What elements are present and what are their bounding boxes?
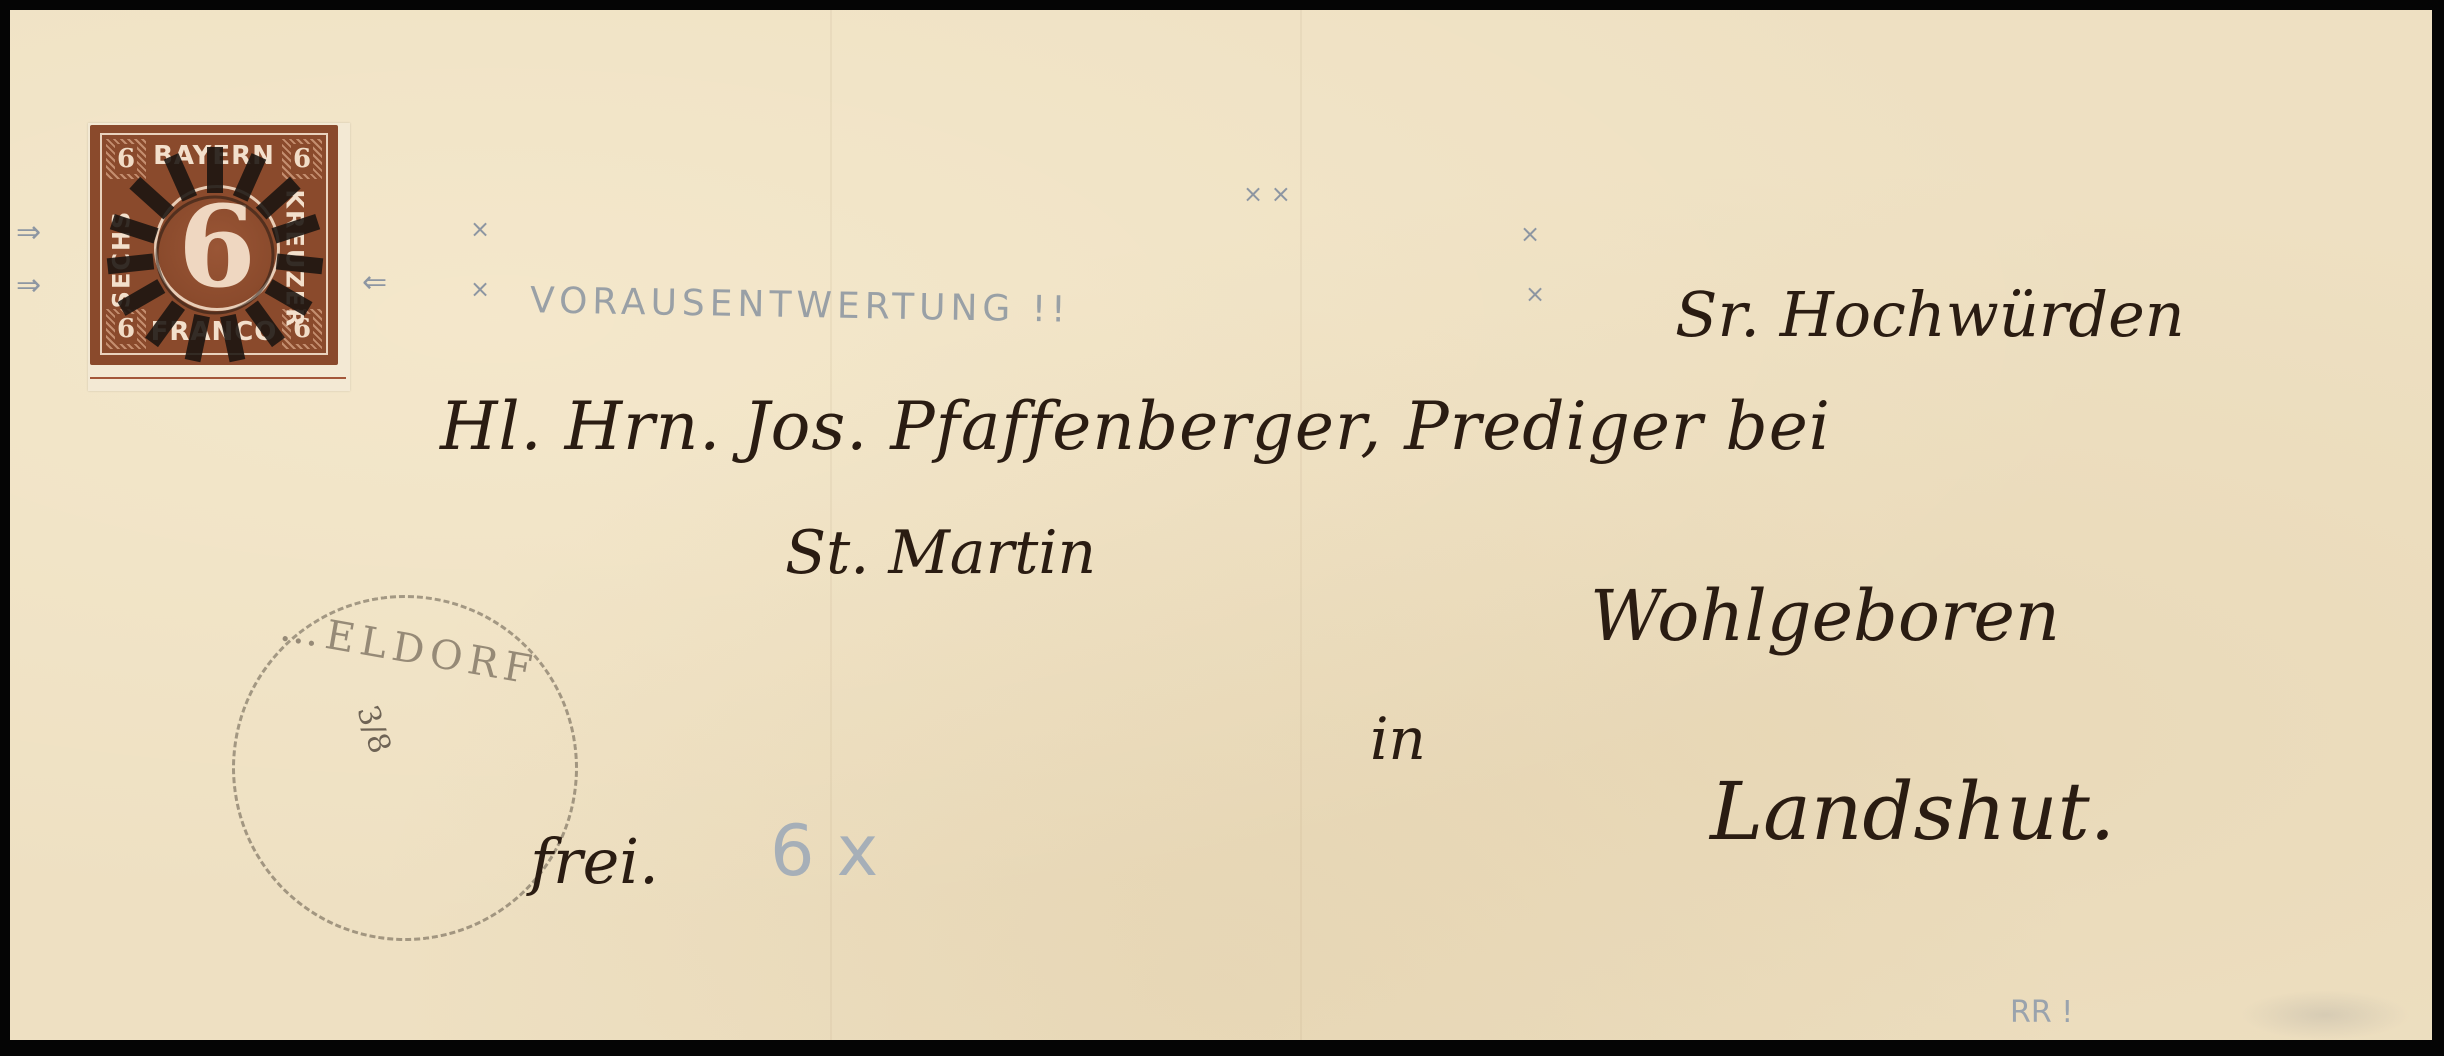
pencil-x-mark: × × [1243,180,1291,208]
address-line-recipient: Hl. Hrn. Jos. Pfaffenberger, Prediger be… [440,388,1831,465]
address-line-salutation: Sr. Hochwürden [1675,278,2185,351]
mill-wheel-cancel-icon [100,137,330,367]
postal-cover: 6 6 6 6 BAYERN FRANCO SECHS KREUZER 6 [10,10,2432,1040]
postmark-date: 3/8 [349,701,397,758]
address-line-church: St. Martin [785,518,1096,588]
stamp-with-margin: 6 6 6 6 BAYERN FRANCO SECHS KREUZER 6 [88,123,350,391]
address-line-in: in [1370,705,1426,773]
pencil-x-mark: × [1520,220,1540,248]
pencil-arrow-right-icon: ⇒ [16,268,41,303]
pencil-arrow-right-icon: ⇒ [16,215,41,250]
pencil-rate-note: 6 x [770,810,878,892]
pencil-x-mark: × [470,215,490,243]
pencil-x-mark: × [470,275,490,303]
frei-endorsement: frei. [530,825,659,898]
bavaria-6-kreuzer-stamp: 6 6 6 6 BAYERN FRANCO SECHS KREUZER 6 [90,125,338,365]
pencil-x-mark: × [1525,280,1545,308]
pencil-smudge [2240,990,2410,1040]
postmark-town: …ELDORF [277,604,542,695]
sheet-margin-line [90,377,346,379]
paper-fold-line [1300,10,1302,1040]
address-line-city: Landshut. [1710,765,2115,858]
pencil-arrow-left-icon: ⇐ [362,265,387,300]
town-postmark: …ELDORF 3/8 [210,573,601,964]
pencil-rarity-note: RR ! [2010,995,2073,1030]
pencil-pre-cancel-note: VORAUSENTWERTUNG !! [530,280,1071,330]
address-line-honorific: Wohlgeboren [1590,575,2060,657]
